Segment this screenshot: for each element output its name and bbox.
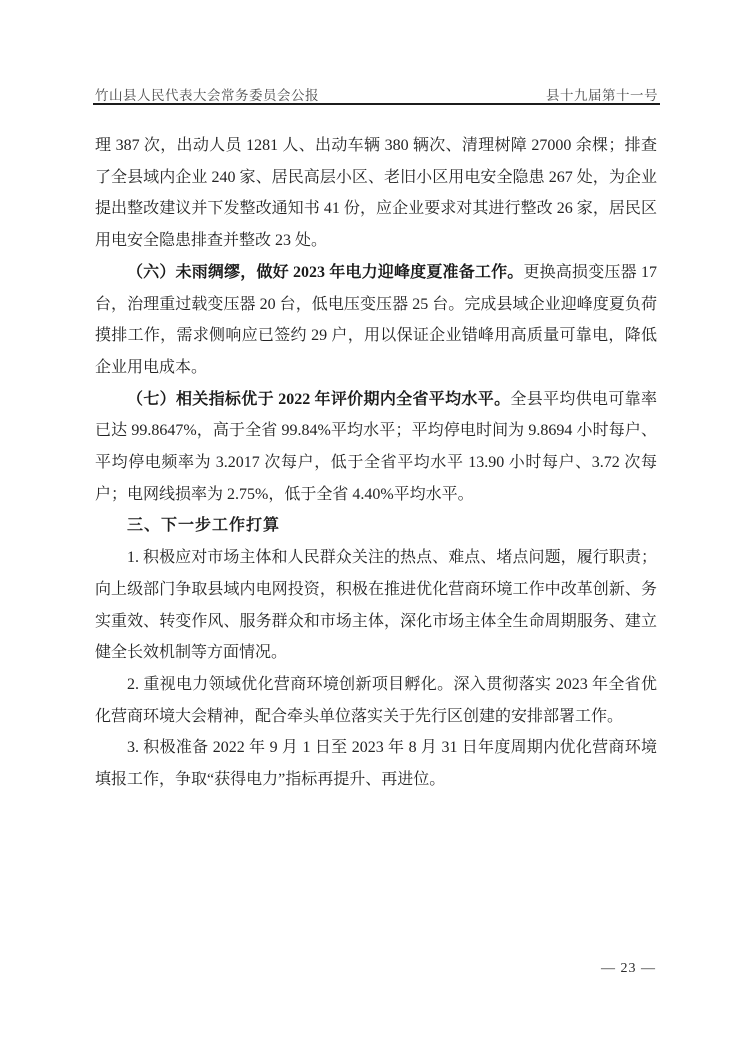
paragraph-continuation: 理 387 次，出动人员 1281 人、出动车辆 380 辆次、清理树障 270… — [95, 130, 657, 257]
paragraph-section-6: （六）未雨绸缪，做好 2023 年电力迎峰度夏准备工作。更换高损变压器 17 台… — [95, 257, 657, 384]
document-page: 竹山县人民代表大会常务委员会公报 县十九届第十一号 理 387 次，出动人员 1… — [0, 0, 750, 1061]
paragraph-continuation-text: 理 387 次，出动人员 1281 人、出动车辆 380 辆次、清理树障 270… — [95, 137, 657, 249]
page-number: — 23 — — [601, 961, 656, 976]
numbered-item-1: 1. 积极应对市场主体和人民群众关注的热点、难点、堵点问题，履行职责；向上级部门… — [95, 542, 657, 669]
header-rule — [93, 103, 660, 105]
section-6-lead: （六）未雨绸缪，做好 2023 年电力迎峰度夏准备工作。 — [127, 264, 523, 281]
header-right-issue-number: 县十九届第十一号 — [546, 84, 658, 104]
page-footer: — 23 — — [601, 961, 656, 977]
header-left-title: 竹山县人民代表大会常务委员会公报 — [95, 84, 319, 104]
paragraph-section-7: （七）相关指标优于 2022 年评价期内全省平均水平。全县平均供电可靠率已达 9… — [95, 384, 657, 511]
document-body: 理 387 次，出动人员 1281 人、出动车辆 380 辆次、清理树障 270… — [95, 130, 657, 796]
numbered-item-1-text: 1. 积极应对市场主体和人民群众关注的热点、难点、堵点问题，履行职责；向上级部门… — [95, 549, 657, 661]
numbered-item-3: 3. 积极准备 2022 年 9 月 1 日至 2023 年 8 月 31 日年… — [95, 732, 657, 795]
section-heading-3: 三、下一步工作打算 — [95, 510, 657, 542]
page-header: 竹山县人民代表大会常务委员会公报 县十九届第十一号 — [95, 84, 658, 104]
numbered-item-2-text: 2. 重视电力领域优化营商环境创新项目孵化。深入贯彻落实 2023 年全省优化营… — [95, 676, 657, 725]
section-heading-3-text: 三、下一步工作打算 — [127, 517, 280, 534]
section-7-lead: （七）相关指标优于 2022 年评价期内全省平均水平。 — [127, 391, 510, 408]
numbered-item-3-text: 3. 积极准备 2022 年 9 月 1 日至 2023 年 8 月 31 日年… — [95, 739, 657, 788]
numbered-item-2: 2. 重视电力领域优化营商环境创新项目孵化。深入贯彻落实 2023 年全省优化营… — [95, 669, 657, 732]
